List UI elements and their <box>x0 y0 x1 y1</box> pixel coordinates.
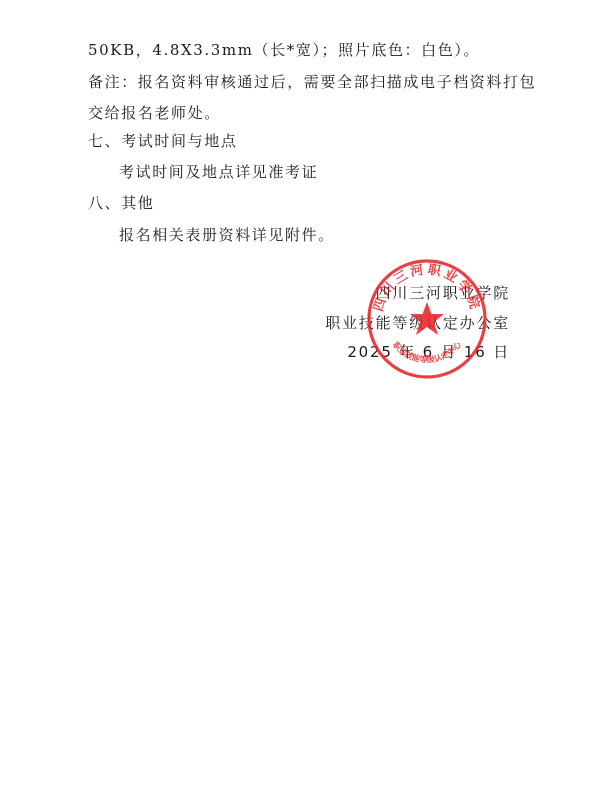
note-text-line2: 交给报名老师处。 <box>88 103 221 123</box>
section-heading-other: 八、其他 <box>88 193 154 213</box>
signature-organization: 四川三河职业学院 <box>376 283 510 303</box>
section-body-exam-time: 考试时间及地点详见准考证 <box>119 162 318 182</box>
photo-spec-text: 50KB，4.8X3.3mm（长*宽）；照片底色：白色）。 <box>88 40 480 60</box>
section-body-other: 报名相关表册资料详见附件。 <box>119 225 335 245</box>
signature-date: 2025 年 6 月 16 日 <box>347 342 510 362</box>
section-heading-exam-time: 七、考试时间与地点 <box>88 131 237 151</box>
note-text-line1: 备注：报名资料审核通过后，需要全部扫描成电子档资料打包 <box>88 72 536 92</box>
signature-office: 职业技能等级认定办公室 <box>325 313 510 333</box>
